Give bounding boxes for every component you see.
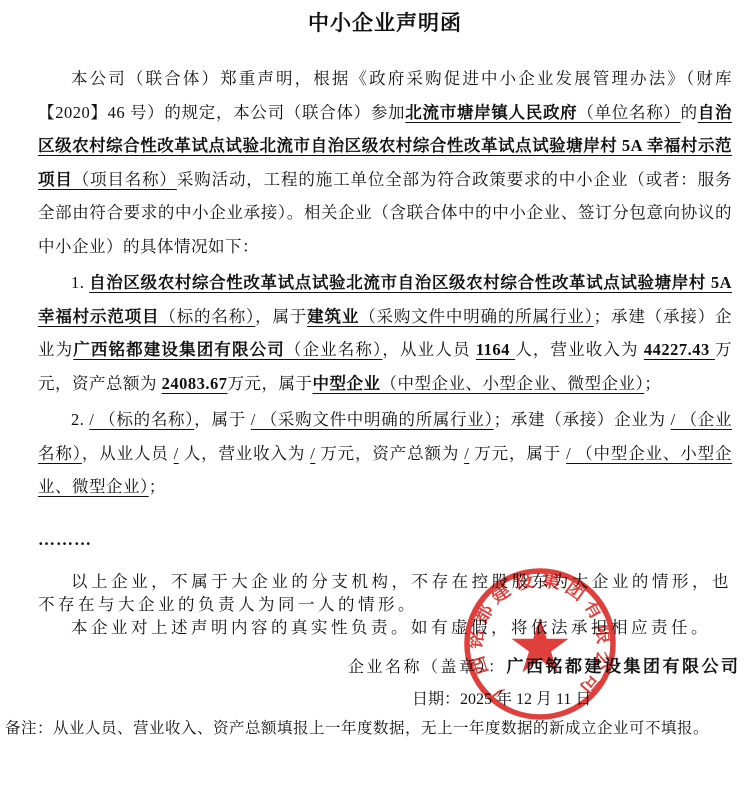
- enterprise-item-2: 2. / （标的名称），属于 / （采购文件中明确的所属行业）；承建（承接）企业…: [38, 403, 732, 504]
- text-segment: ，从业人员: [382, 340, 475, 359]
- text-segment: 2.: [71, 410, 89, 429]
- text-segment: ，从业人员: [82, 444, 174, 463]
- ellipsis-placeholder: ………: [38, 530, 732, 550]
- declaration-document-page: 中小企业声明函 本公司（联合体）郑重声明，根据《政府采购促进中小企业发展管理办法…: [0, 0, 746, 807]
- text-segment: 万元，属于: [228, 374, 313, 393]
- text-segment: 1.: [71, 273, 89, 292]
- text-segment: 广西铭都建设集团有限公司: [73, 340, 285, 359]
- text-segment: / （采购文件中明确的所属行业）: [251, 410, 494, 429]
- closing-statement-2: 本企业对上述声明内容的真实性负责。如有虚假，将依法承担相应责任。: [38, 616, 732, 639]
- text-segment: 人，营业收入为: [515, 340, 644, 359]
- text-segment: ；: [644, 374, 661, 393]
- text-segment: ，属于: [194, 410, 251, 429]
- enterprise-item-1: 1. 自治区级农村综合性改革试点试验北流市自治区级农村综合性改革试点试验塘岸村 …: [38, 266, 732, 400]
- text-segment: 北流市塘岸镇人民政府: [405, 103, 577, 122]
- text-segment: 建筑业: [307, 307, 359, 326]
- declaration-paragraph: 本公司（联合体）郑重声明，根据《政府采购促进中小企业发展管理办法》（财库【202…: [38, 62, 732, 263]
- remark-note: 备注：从业人员、营业收入、资产总额填报上一年度数据，无上一年度数据的新成立企业可…: [5, 719, 743, 739]
- text-segment: （项目名称）: [73, 170, 177, 189]
- company-seal-label: 企业名称（盖章）：: [348, 659, 507, 676]
- text-segment: 的: [681, 103, 698, 122]
- text-segment: （企业名称）: [285, 340, 383, 359]
- text-segment: （标的名称）: [159, 307, 255, 326]
- text-segment: （采购文件中明确的所属行业）: [359, 307, 593, 326]
- text-segment: 万元，资产总额为: [315, 444, 464, 463]
- text-segment: 万元，属于: [469, 444, 566, 463]
- closing-statements: 以上企业，不属于大企业的分支机构，不存在控股股东为大企业的情形，也不存在与大企业…: [38, 570, 732, 639]
- company-name: 广西铭都建设集团有限公司: [507, 657, 741, 676]
- closing-statement-1: 以上企业，不属于大企业的分支机构，不存在控股股东为大企业的情形，也不存在与大企业…: [38, 570, 732, 616]
- text-segment: （单位名称）: [577, 103, 680, 122]
- document-content: 中小企业声明函 本公司（联合体）郑重声明，根据《政府采购促进中小企业发展管理办法…: [0, 0, 746, 739]
- text-segment: ；: [149, 477, 166, 496]
- text-segment: ，属于: [255, 307, 307, 326]
- text-segment: 中型企业: [313, 374, 381, 393]
- text-segment: 1164: [476, 340, 515, 359]
- text-segment: 人，营业收入为: [179, 444, 311, 463]
- date-line: 日期：2025 年 12 月 11 日: [412, 690, 732, 710]
- text-segment: 44227.43: [644, 340, 715, 359]
- text-segment: / （标的名称）: [89, 410, 194, 429]
- text-segment: 24083.67: [162, 374, 228, 393]
- signature-line: 企业名称（盖章）：广西铭都建设集团有限公司: [348, 656, 732, 679]
- text-segment: （中型企业、小型企业、微型企业）: [381, 374, 645, 393]
- text-segment: ；承建（承接）企业为: [494, 410, 671, 429]
- document-title: 中小企业声明函: [38, 8, 732, 38]
